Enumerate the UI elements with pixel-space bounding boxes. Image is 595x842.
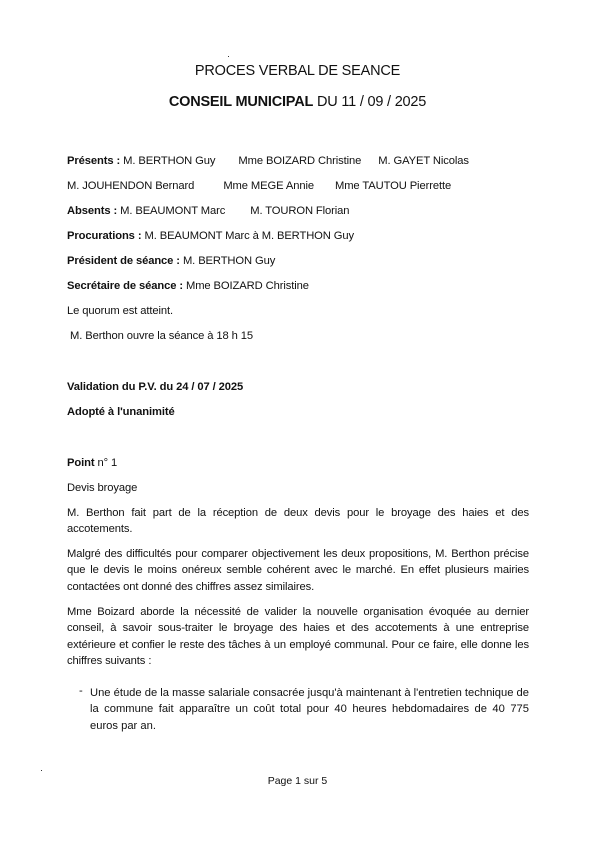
absents-label: Absents : xyxy=(67,205,117,217)
procuration-giver: M. BEAUMONT xyxy=(144,230,222,242)
opening-sentence: M. Berthon ouvre la séance à xyxy=(70,330,216,342)
absents-line: Absents : M. BEAUMONT Marc M. TOURON Flo… xyxy=(67,205,349,217)
page-number: Page 1 sur 5 xyxy=(0,775,595,787)
president-name: M. BERTHON Guy xyxy=(183,255,275,267)
present-member: Mme TAUTOU Pierrette xyxy=(335,180,451,192)
present-member: Mme BOIZARD Christine xyxy=(238,155,361,167)
quorum-text: Le quorum est atteint. xyxy=(67,305,173,317)
absent-member: M. BEAUMONT Marc xyxy=(120,205,225,217)
point-subject: Devis broyage xyxy=(67,482,137,494)
president-label: Président de séance : xyxy=(67,255,180,267)
scan-speck xyxy=(41,770,42,771)
presents-line-1: Présents : M. BERTHON Guy Mme BOIZARD Ch… xyxy=(67,155,469,167)
secretaire-label: Secrétaire de séance : xyxy=(67,280,183,292)
point-heading: Point n° 1 xyxy=(67,457,117,469)
paragraph: Malgré des difficultés pour comparer obj… xyxy=(67,546,529,595)
point-number: n° 1 xyxy=(94,457,117,469)
opening-text: M. Berthon ouvre la séance à 18 h 15 xyxy=(70,330,253,342)
secretaire-name: Mme BOIZARD Christine xyxy=(186,280,309,292)
present-member: M. BERTHON Guy xyxy=(123,155,215,167)
presents-line-2: M. JOUHENDON Bernard Mme MEGE Annie Mme … xyxy=(67,180,451,192)
procurations-label: Procurations : xyxy=(67,230,141,242)
president-line: Président de séance : M. BERTHON Guy xyxy=(67,255,275,267)
bullet-dash: - xyxy=(79,685,83,697)
subtitle-date: DU 11 / 09 / 2025 xyxy=(313,94,426,110)
present-member: Mme MEGE Annie xyxy=(223,180,314,192)
document-title: PROCES VERBAL DE SEANCE xyxy=(0,63,595,79)
document-page: PROCES VERBAL DE SEANCE CONSEIL MUNICIPA… xyxy=(0,0,595,842)
procurations-line: Procurations : M. BEAUMONT Marc à M. BER… xyxy=(67,230,354,242)
paragraph: Mme Boizard aborde la nécessité de valid… xyxy=(67,604,529,669)
point-label: Point xyxy=(67,457,94,469)
absent-member: M. TOURON Florian xyxy=(250,205,349,217)
presents-label: Présents : xyxy=(67,155,120,167)
subtitle-bold: CONSEIL MUNICIPAL xyxy=(169,94,313,110)
document-subtitle: CONSEIL MUNICIPAL DU 11 / 09 / 2025 xyxy=(0,94,595,110)
secretaire-line: Secrétaire de séance : Mme BOIZARD Chris… xyxy=(67,280,309,292)
procuration-detail: Marc à M. BERTHON Guy xyxy=(225,230,354,242)
present-member: M. GAYET Nicolas xyxy=(378,155,469,167)
validation-result: Adopté à l'unanimité xyxy=(67,406,175,418)
validation-title: Validation du P.V. du 24 / 07 / 2025 xyxy=(67,381,243,393)
paragraph: M. Berthon fait part de la réception de … xyxy=(67,505,529,538)
bullet-item: Une étude de la masse salariale consacré… xyxy=(90,685,529,734)
opening-time: 18 h 15 xyxy=(216,330,253,342)
scan-speck xyxy=(228,56,229,57)
validation-result-text: Adopté à l'unanimité xyxy=(67,406,175,418)
present-member: M. JOUHENDON Bernard xyxy=(67,180,194,192)
validation-title-text: Validation du P.V. du 24 / 07 / 2025 xyxy=(67,381,243,393)
